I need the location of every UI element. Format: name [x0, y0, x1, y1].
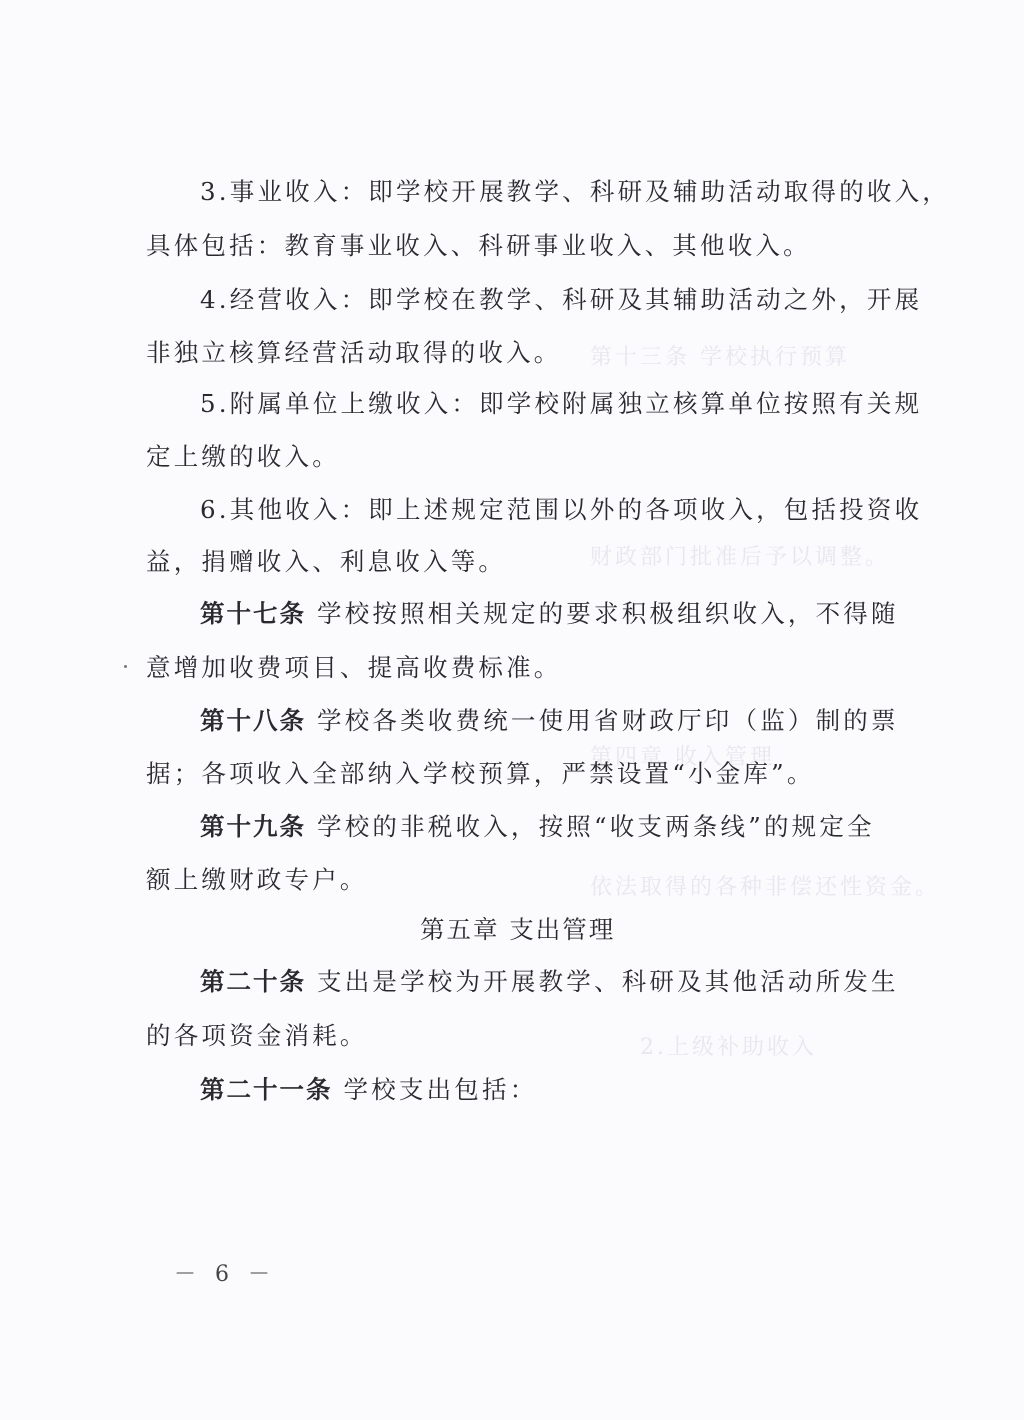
article-19-line-2: 额上缴财政专户。	[146, 864, 368, 896]
article-20-text: 支出是学校为开展教学、科研及其他活动所发生	[317, 967, 899, 996]
article-21-text: 学校支出包括：	[344, 1075, 538, 1104]
bleed-through-text: 财政部门批准后予以调整。	[590, 540, 890, 571]
article-18-label: 第十八条	[200, 706, 306, 735]
paragraph-3-line-2: 具体包括：教育事业收入、科研事业收入、其他收入。	[146, 230, 811, 262]
document-page: 第十三条 学校执行预算 财政部门批准后予以调整。 第四章 收入管理 依法取得的各…	[0, 0, 1024, 1420]
paragraph-4-line-1: 4.经营收入：即学校在教学、科研及其辅助活动之外，开展	[200, 284, 922, 316]
chapter-heading: 第五章 支出管理	[420, 914, 615, 946]
paragraph-5-line-2: 定上缴的收入。	[146, 441, 340, 473]
article-19-text: 学校的非税收入，按照“收支两条线”的规定全	[317, 812, 875, 841]
article-19-line-1: 第十九条 学校的非税收入，按照“收支两条线”的规定全	[200, 811, 875, 843]
page-number: － 6 －	[174, 1257, 276, 1288]
paragraph-6-line-1: 6.其他收入：即上述规定范围以外的各项收入，包括投资收	[200, 494, 922, 526]
article-19-label: 第十九条	[200, 812, 306, 841]
bleed-through-text: 第十三条 学校执行预算	[590, 340, 850, 371]
scan-speck	[124, 665, 127, 668]
bleed-through-text: 2.上级补助收入	[640, 1030, 817, 1061]
article-18-text: 学校各类收费统一使用省财政厅印（监）制的票	[317, 706, 899, 735]
paragraph-6-line-2: 益，捐赠收入、利息收入等。	[146, 546, 506, 578]
article-18-line-1: 第十八条 学校各类收费统一使用省财政厅印（监）制的票	[200, 705, 899, 737]
article-17-line-2: 意增加收费项目、提高收费标准。	[146, 652, 562, 684]
article-20-line-2: 的各项资金消耗。	[146, 1020, 368, 1052]
article-21-label: 第二十一条	[200, 1075, 333, 1104]
paragraph-3-line-1: 3.事业收入：即学校开展教学、科研及辅助活动取得的收入，	[200, 176, 950, 208]
article-17-line-1: 第十七条 学校按照相关规定的要求积极组织收入，不得随	[200, 598, 899, 630]
article-20-line-1: 第二十条 支出是学校为开展教学、科研及其他活动所发生	[200, 966, 899, 998]
paragraph-5-line-1: 5.附属单位上缴收入：即学校附属独立核算单位按照有关规	[200, 388, 922, 420]
article-20-label: 第二十条	[200, 967, 306, 996]
article-21-line-1: 第二十一条 学校支出包括：	[200, 1074, 537, 1106]
article-17-text: 学校按照相关规定的要求积极组织收入，不得随	[317, 599, 899, 628]
bleed-through-text: 依法取得的各种非偿还性资金。	[590, 870, 940, 901]
article-18-line-2: 据；各项收入全部纳入学校预算，严禁设置“小金库”。	[146, 758, 815, 790]
article-17-label: 第十七条	[200, 599, 306, 628]
paragraph-4-line-2: 非独立核算经营活动取得的收入。	[146, 337, 562, 369]
